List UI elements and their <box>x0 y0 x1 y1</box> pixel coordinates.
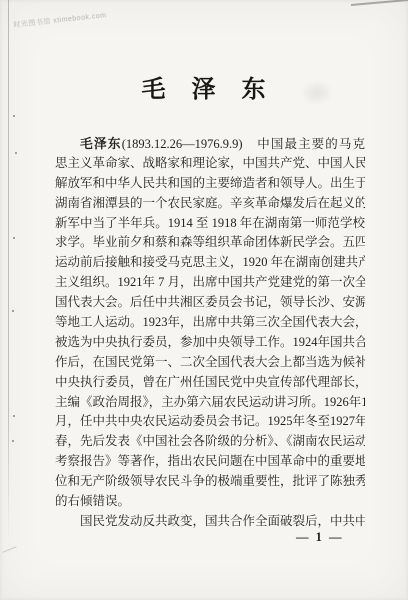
scan-bottom-left-mark <box>2 546 16 553</box>
scan-speck <box>12 440 14 442</box>
scan-speck <box>13 415 15 417</box>
text-line: 作后，在国民党第一、二次全国代表大会上都当选为候补 <box>55 353 365 373</box>
body-text: 毛泽东(1893.12.26—1976.9.9) 中国最主要的马克思主义革命家、… <box>55 134 365 532</box>
scan-top-right-corner-line <box>351 0 408 5</box>
text-line: 考察报告》等著作，指出农民问题在中国革命中的重要地 <box>55 452 365 472</box>
scan-speck <box>12 310 14 312</box>
text-line: 毛泽东(1893.12.26—1976.9.9) 中国最主要的马克 <box>55 134 365 154</box>
text-line: 等地工人运动。1923年，出席中共第三次全国代表大会， <box>55 313 365 333</box>
text-line: 湖南省湘潭县的一个农民家庭。辛亥革命爆发后在起义的 <box>55 194 365 214</box>
page-title: 毛 泽 东 <box>0 76 408 104</box>
text-line: 解放军和中华人民共和国的主要缔造者和领导人。出生于 <box>55 174 365 194</box>
text-line: 主义组织。1921年 7 月，出席中国共产党建党的第一次全 <box>55 273 365 293</box>
text-line: 中央执行委员，曾在广州任国民党中央宣传部代理部长， <box>55 373 365 393</box>
text-line: 月，任中共中央农民运动委员会书记。1925年冬至1927年 <box>55 412 365 432</box>
page-number: — 1 — <box>296 530 344 545</box>
text-line: 春，先后发表《中国社会各阶级的分析》、《湖南农民运动 <box>55 432 365 452</box>
scan-speck <box>13 115 15 117</box>
scan-speck <box>13 237 15 239</box>
entry-headword: 毛泽东 <box>80 136 122 151</box>
text-line: 运动前后接触和接受马克思主义，1920 年在湖南创建共产 <box>55 253 365 273</box>
scan-speck <box>15 152 17 154</box>
scanned-book-page: 时光图书馆 xtimebook.com 毛 泽 东 毛泽东(1893.12.26… <box>0 0 408 600</box>
text-line: 被选为中央执行委员，参加中央领导工作。1924年国共合 <box>55 333 365 353</box>
text-line: 主编《政治周报》，主办第六届农民运动讲习所。1926年11 <box>55 393 365 413</box>
text-line: 思主义革命家、战略家和理论家，中国共产党、中国人民 <box>55 154 365 174</box>
text-line: 国代表大会。后任中共湘区委员会书记，领导长沙、安源 <box>55 293 365 313</box>
text-line: 的右倾错误。 <box>55 492 365 512</box>
text-line: 新军中当了半年兵。1914 至 1918 年在湖南第一师范学校 <box>55 214 365 234</box>
watermark-text: 时光图书馆 xtimebook.com <box>13 10 107 30</box>
text-line: 国民党发动反共政变，国共合作全面破裂后，中共中 <box>55 512 365 532</box>
text-line: 位和无产阶级领导农民斗争的极端重要性，批评了陈独秀 <box>55 472 365 492</box>
text-line: 求学。毕业前夕和蔡和森等组织革命团体新民学会。五四 <box>55 233 365 253</box>
